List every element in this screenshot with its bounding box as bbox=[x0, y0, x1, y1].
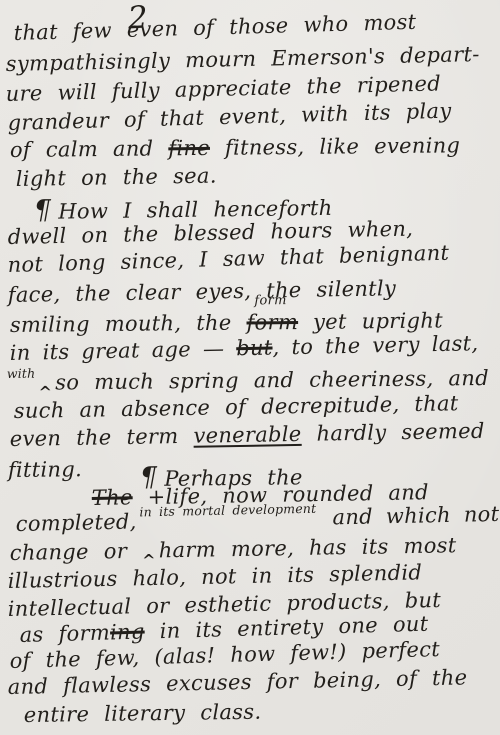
underlined-text: venerable bbox=[193, 422, 301, 448]
line-05: of calm and fine fitness, like evening bbox=[10, 134, 461, 162]
line-16: fitting. bbox=[8, 458, 82, 482]
text-run: fitness, like evening bbox=[210, 133, 460, 160]
text-run: change or bbox=[10, 539, 143, 565]
inserted-text: with bbox=[7, 366, 36, 381]
text-run: face, the clear eyes, the silently bbox=[8, 276, 397, 307]
text-run: of calm and bbox=[10, 136, 169, 162]
text-run: and which nothing can bbox=[319, 500, 500, 530]
paragraph-mark: ¶ bbox=[34, 195, 52, 226]
struck-text: fine bbox=[168, 136, 210, 160]
text-run: completed, bbox=[15, 509, 136, 536]
line-04: grandeur of that event, with its play bbox=[7, 100, 451, 135]
text-run: light on the sea. bbox=[16, 163, 217, 191]
text-run: fitting. bbox=[8, 457, 82, 482]
line-14: such an absence of decrepitude, that bbox=[14, 392, 459, 423]
line-26: entire literary class. bbox=[24, 701, 262, 727]
line-01: that few even of those who most bbox=[13, 11, 416, 45]
struck-text: ing bbox=[110, 620, 145, 645]
text-run: as form bbox=[19, 620, 110, 647]
text-run: such an absence of decrepitude, that bbox=[14, 391, 459, 423]
text-run: so much spring and cheeriness, and bbox=[55, 366, 489, 395]
line-19: completed,in its mortal development and … bbox=[16, 501, 500, 536]
text-run: hardly seemed bbox=[301, 419, 484, 446]
inserted-text: in its mortal development bbox=[139, 501, 316, 520]
struck-text: The bbox=[92, 485, 133, 510]
text-run: sympathisingly mourn Emerson's depart- bbox=[5, 42, 479, 76]
struck-text: formform bbox=[246, 310, 298, 335]
line-25: and flawless excuses for being, of the bbox=[8, 666, 468, 699]
line-10: face, the clear eyes, the silently bbox=[8, 277, 397, 307]
inserted-word-above: form bbox=[254, 294, 287, 309]
line-06: light on the sea. bbox=[16, 164, 217, 191]
line-21: illustrious halo, not in its splendid bbox=[8, 561, 423, 593]
struck-text: but bbox=[236, 336, 273, 361]
text-run: in its great age — bbox=[9, 336, 236, 365]
text-run: entire literary class. bbox=[24, 700, 262, 727]
text-run: illustrious halo, not in its splendid bbox=[7, 560, 422, 593]
text-run: , to the very last, bbox=[272, 331, 478, 359]
text-run: that few even of those who most bbox=[13, 10, 416, 45]
line-12: in its great age — but, to the very last… bbox=[10, 332, 479, 365]
line-13: with^so much spring and cheeriness, and bbox=[4, 367, 489, 395]
line-15: even the term venerable hardly seemed bbox=[10, 420, 485, 451]
manuscript-page: 2 that few even of those who mostsympath… bbox=[0, 0, 500, 735]
text-run: yet upright bbox=[298, 308, 443, 334]
text-run: even the term bbox=[10, 424, 194, 451]
text-run: smiling mouth, the bbox=[10, 311, 247, 337]
text-run: harm more, has its most bbox=[159, 533, 457, 562]
